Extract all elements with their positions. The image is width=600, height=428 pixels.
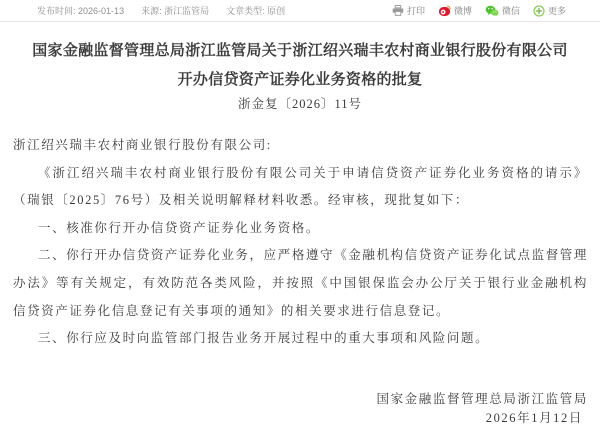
document-body: 浙江绍兴瑞丰农村商业银行股份有限公司: 《浙江绍兴瑞丰农村商业银行股份有限公司关… bbox=[13, 132, 588, 428]
document-content: 国家金融监督管理总局浙江监管局关于浙江绍兴瑞丰农村商业银行股份有限公司 开办信贷… bbox=[0, 36, 600, 428]
document-title: 国家金融监督管理总局浙江监管局关于浙江绍兴瑞丰农村商业银行股份有限公司 开办信贷… bbox=[18, 36, 582, 94]
source: 来源: 浙江监管局 bbox=[141, 4, 209, 17]
wechat-button[interactable]: 微信 bbox=[485, 4, 520, 17]
more-label: 更多 bbox=[548, 4, 566, 17]
weibo-button[interactable]: 微博 bbox=[438, 4, 472, 17]
signature-date: 2026年1月12日 bbox=[13, 409, 588, 428]
paragraph-item-1: 一、核准你行开办信贷资产证券化业务资格。 bbox=[13, 215, 588, 243]
weibo-icon bbox=[438, 5, 451, 17]
meta-info: 发布时间: 2026-01-13 来源: 浙江监管局 文章类型: 原创 bbox=[37, 4, 285, 17]
wechat-label: 微信 bbox=[502, 4, 520, 17]
weibo-label: 微博 bbox=[454, 4, 472, 17]
article-type: 文章类型: 原创 bbox=[226, 4, 285, 17]
wechat-icon bbox=[485, 5, 499, 17]
publish-time-value: 2026-01-13 bbox=[78, 6, 124, 16]
article-type-value: 原创 bbox=[267, 6, 285, 16]
paragraph-intro: 《浙江绍兴瑞丰农村商业银行股份有限公司关于申请信贷资产证券化业务资格的请示》（瑞… bbox=[13, 160, 588, 215]
print-button[interactable]: 打印 bbox=[392, 4, 425, 17]
document-number: 浙金复〔2026〕11号 bbox=[0, 94, 600, 114]
source-value: 浙江监管局 bbox=[164, 6, 209, 16]
signature-authority: 国家金融监督管理总局浙江监管局 bbox=[13, 389, 588, 409]
paragraph-item-3: 三、你行应及时向监管部门报告业务开展过程中的重大事项和风险问题。 bbox=[13, 325, 588, 353]
more-share-button[interactable]: 更多 bbox=[533, 4, 566, 17]
publish-time: 发布时间: 2026-01-13 bbox=[37, 4, 124, 17]
more-icon bbox=[533, 5, 545, 17]
printer-icon bbox=[392, 5, 404, 16]
document-title-line1: 国家金融监督管理总局浙江监管局关于浙江绍兴瑞丰农村商业银行股份有限公司 bbox=[32, 42, 568, 59]
share-toolbar: 打印 微博 微信 更多 bbox=[392, 4, 566, 17]
print-label: 打印 bbox=[407, 4, 425, 17]
article-type-label: 文章类型: bbox=[226, 6, 265, 16]
source-label: 来源: bbox=[141, 6, 162, 16]
paragraph-item-2: 二、你行开办信贷资产证券化业务，应严格遵守《金融机构信贷资产证券化试点监督管理办… bbox=[13, 242, 588, 325]
document-title-line2: 开办信贷资产证券化业务资格的批复 bbox=[178, 71, 423, 88]
salutation: 浙江绍兴瑞丰农村商业银行股份有限公司: bbox=[13, 132, 588, 160]
meta-bar: 发布时间: 2026-01-13 来源: 浙江监管局 文章类型: 原创 打印 微… bbox=[0, 0, 600, 22]
article-page: 发布时间: 2026-01-13 来源: 浙江监管局 文章类型: 原创 打印 微… bbox=[0, 0, 600, 428]
publish-time-label: 发布时间: bbox=[37, 6, 76, 16]
